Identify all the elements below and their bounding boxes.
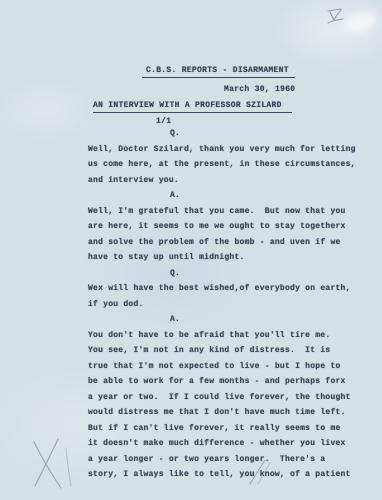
transcript-line: and interview you. [0,173,382,189]
speaker-label: A. [0,312,382,328]
transcript-line: and solve the problem of the bomb - and … [0,235,382,251]
transcript-line: a year or two. If I could live forever, … [0,390,382,406]
transcript-line: Well, Doctor Szilard, thank you very muc… [0,142,382,158]
paper-smudge [342,7,381,37]
transcript-line: are here, it seems to me we ought to sta… [0,219,382,235]
transcript-line: story, I always like to tell, you know, … [0,467,382,483]
speaker-label: Q. [0,266,382,282]
transcript-line: But if I can't live forever, it really s… [0,421,382,437]
transcript-line: You see, I'm not in any kind of distress… [0,343,382,359]
speaker-label: Q. [0,126,382,142]
transcript-line: a year longer - or two years longer. The… [0,452,382,468]
transcript-line: You don't have to be afraid that you'll … [0,328,382,344]
transcript: Q.Well, Doctor Szilard, thank you very m… [0,126,382,483]
document-title: C.B.S. REPORTS - DISARMAMENT [142,66,295,78]
transcript-line: if you dod. [0,297,382,313]
document-subtitle: AN INTERVIEW WITH A PROFESSOR SZILARD [93,101,292,113]
transcript-line: have to stay up until midnight. [0,250,382,266]
transcript-line: us come here, at the present, in these c… [0,157,382,173]
transcript-line: it doesn't make much difference - whethe… [0,436,382,452]
speaker-label: A. [0,188,382,204]
document-date: March 30, 1960 [224,85,295,94]
transcript-line: true that I'm not expected to live - but… [0,359,382,375]
transcript-line: would distress me that I don't have much… [0,405,382,421]
transcript-line: Wex will have the best wished,of everybo… [0,281,382,297]
transcript-line: be able to work for a few months - and p… [0,374,382,390]
scanned-typescript-page: C.B.S. REPORTS - DISARMAMENT March 30, 1… [0,0,382,500]
transcript-line: Well, I'm grateful that you came. But no… [0,204,382,220]
page-number: 1/1 [156,117,171,126]
